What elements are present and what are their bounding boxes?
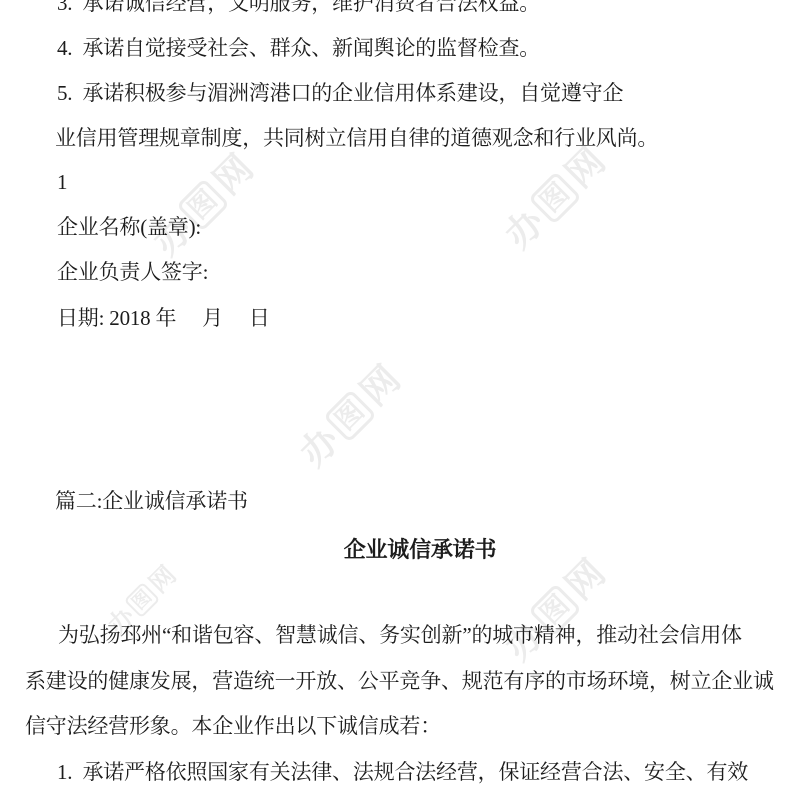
watermark-char-tu: 图 bbox=[124, 582, 161, 619]
watermark: 办 图 网 bbox=[146, 148, 259, 261]
paragraph-line-2: 系建设的健康发展，营造统一开放、公平竞争、规范有序的市场环境，树立企业诚 bbox=[25, 671, 774, 692]
watermark: 办 图 网 bbox=[498, 553, 611, 666]
page-number: 1 bbox=[57, 172, 67, 193]
watermark-char-tu: 图 bbox=[528, 171, 582, 225]
signature-line: 企业负责人签字: bbox=[57, 262, 208, 283]
watermark-char-ban: 办 bbox=[293, 420, 345, 472]
doc-line-item-5: 5. 承诺积极参与湄洲湾港口的企业信用体系建设，自觉遵守企 bbox=[57, 83, 623, 104]
doc-line-item-1: 1. 承诺严格依照国家有关法律、法规合法经营，保证经营合法、安全、有效 bbox=[57, 762, 748, 783]
doc-line-item-3: 3. 承诺诚信经营，文明服务，维护消费者合法权益。 bbox=[57, 0, 540, 14]
paragraph-line-1: 为弘扬邳州“和谐包容、智慧诚信、务实创新”的城市精神，推动社会信用体 bbox=[58, 625, 742, 646]
company-name-line: 企业名称(盖章): bbox=[57, 217, 201, 238]
section2-title: 企业诚信承诺书 bbox=[40, 539, 800, 560]
watermark-char-ban: 办 bbox=[498, 202, 550, 254]
watermark-char-wang: 网 bbox=[207, 148, 259, 200]
watermark-char-wang: 网 bbox=[354, 359, 406, 411]
paragraph-line-3: 信守法经营形象。本企业作出以下诚信成若： bbox=[25, 716, 441, 737]
watermark: 办 图 网 bbox=[498, 141, 611, 254]
watermark: 办 图 网 bbox=[293, 359, 406, 472]
watermark-char-wang: 网 bbox=[559, 553, 611, 605]
doc-line-item-5-continuation: 业信用管理规章制度，共同树立信用自律的道德观念和行业风尚。 bbox=[55, 128, 658, 149]
watermark-char-tu: 图 bbox=[323, 389, 377, 443]
doc-line-item-4: 4. 承诺自觉接受社会、群众、新闻舆论的监督检查。 bbox=[57, 38, 540, 59]
section2-heading: 篇二:企业诚信承诺书 bbox=[55, 491, 248, 512]
document-page: 办 图 网 办 图 网 办 图 网 办 图 网 办 图 网 3. 承诺诚信经营，… bbox=[0, 0, 800, 800]
date-line: 日期: 2018 年 月 日 bbox=[57, 308, 270, 329]
watermark-char-wang: 网 bbox=[145, 562, 181, 598]
